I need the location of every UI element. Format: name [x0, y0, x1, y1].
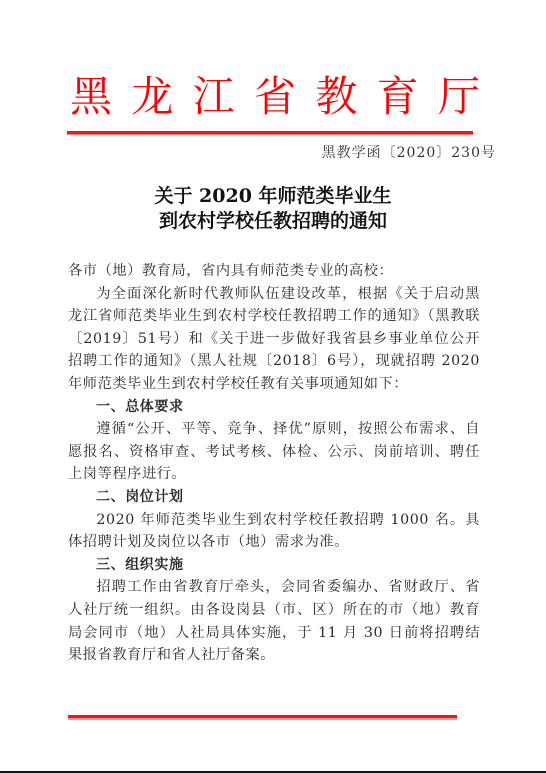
title-char: 育	[377, 72, 419, 122]
section-heading-implementation: 三、组织实施	[68, 554, 480, 577]
section-heading-position-plan: 二、岗位计划	[68, 486, 480, 509]
document-title-line-1: 关于 2020 年师范类毕业生	[0, 184, 546, 209]
title-char: 教	[315, 72, 357, 122]
document-number: 黑教学函〔2020〕230号	[322, 142, 496, 162]
title-char: 黑	[70, 72, 112, 122]
section-text-implementation: 招聘工作由省教育厅牵头，会同省委编办、省财政厅、省人社厅统一组织。由各设岗县（市…	[68, 576, 480, 666]
document-title-line-2: 到农村学校任教招聘的通知	[0, 209, 546, 234]
document-title: 关于 2020 年师范类毕业生 到农村学校任教招聘的通知	[0, 184, 546, 234]
salutation: 各市（地）教育局，省内具有师范类专业的高校：	[68, 260, 480, 283]
header-red-divider	[67, 131, 473, 134]
footer-red-divider	[68, 715, 457, 718]
title-char: 省	[254, 72, 296, 122]
document-body: 各市（地）教育局，省内具有师范类专业的高校： 为全面深化新时代教师队伍建设改革，…	[68, 260, 480, 667]
issuing-authority-title: 黑 龙 江 省 教 育 厅	[70, 72, 480, 122]
title-char: 龙	[131, 72, 173, 122]
title-char: 厅	[438, 72, 480, 122]
document-page: 黑 龙 江 省 教 育 厅 黑教学函〔2020〕230号 关于 2020 年师范…	[0, 0, 546, 773]
title-char: 江	[193, 72, 235, 122]
section-heading-general-requirements: 一、总体要求	[68, 396, 480, 419]
section-text-general-requirements: 遵循“公开、平等、竞争、择优”原则，按照公布需求、自愿报名、资格审查、考试考核、…	[68, 418, 480, 486]
section-text-position-plan: 2020 年师范类毕业生到农村学校任教招聘 1000 名。具体招聘计划及岗位以各…	[68, 509, 480, 554]
intro-paragraph: 为全面深化新时代教师队伍建设改革，根据《关于启动黑龙江省师范类毕业生到农村学校任…	[68, 283, 480, 396]
